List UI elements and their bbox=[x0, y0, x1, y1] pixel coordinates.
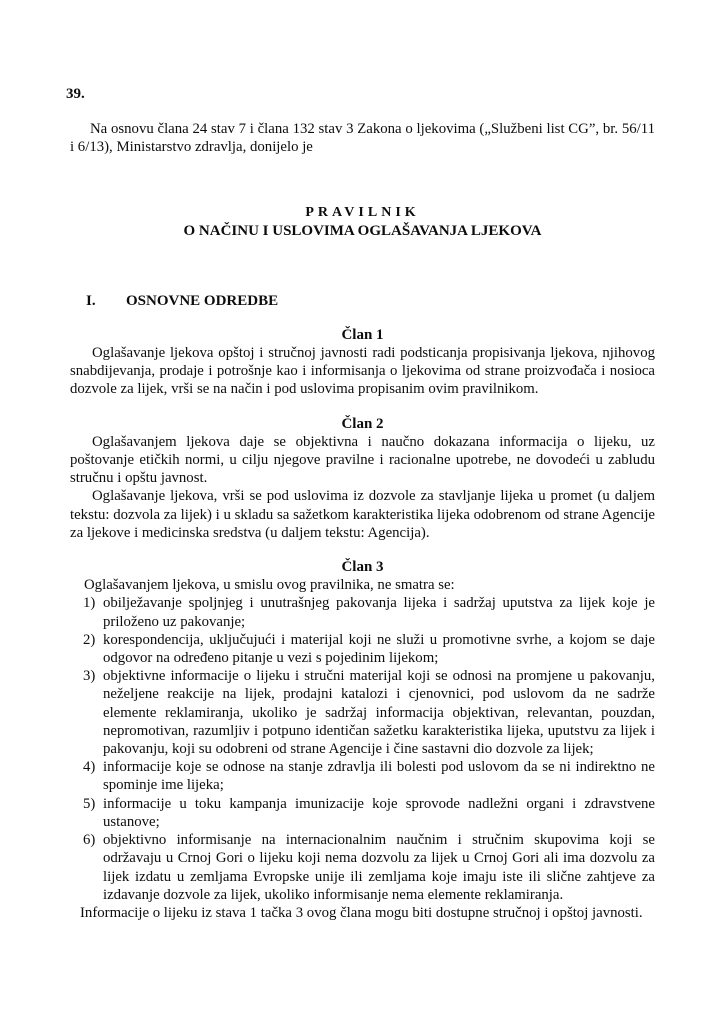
document-content: 39. Na osnovu člana 24 stav 7 i člana 13… bbox=[70, 85, 655, 922]
list-item-text: korespondencija, uključujući i materijal… bbox=[103, 631, 655, 667]
scanned-document-page: 39. Na osnovu člana 24 stav 7 i člana 13… bbox=[0, 0, 724, 1024]
list-item-2: 2) korespondencija, uključujući i materi… bbox=[70, 631, 655, 667]
list-marker: 5) bbox=[83, 795, 103, 831]
list-marker: 2) bbox=[83, 631, 103, 667]
list-item-text: obilježavanje spoljnjeg i unutrašnjeg pa… bbox=[103, 594, 655, 630]
list-item-3: 3) objektivne informacije o lijeku i str… bbox=[70, 667, 655, 758]
article-2: Član 2 Oglašavanjem ljekova daje se obje… bbox=[70, 415, 655, 542]
preamble-paragraph: Na osnovu člana 24 stav 7 i člana 132 st… bbox=[70, 120, 655, 156]
article-2-paragraph-2: Oglašavanje ljekova, vrši se pod uslovim… bbox=[70, 487, 655, 542]
article-3-lead: Oglašavanjem ljekova, u smislu ovog prav… bbox=[70, 576, 655, 594]
list-item-text: objektivno informisanje na internacional… bbox=[103, 831, 655, 904]
list-item-text: informacije koje se odnose na stanje zdr… bbox=[103, 758, 655, 794]
document-item-number: 39. bbox=[66, 85, 655, 103]
list-item-6: 6) objektivno informisanje na internacio… bbox=[70, 831, 655, 904]
list-marker: 6) bbox=[83, 831, 103, 904]
list-marker: 3) bbox=[83, 667, 103, 758]
section-heading: I. OSNOVNE ODREDBE bbox=[70, 292, 655, 310]
article-1: Član 1 Oglašavanje ljekova opštoj i stru… bbox=[70, 326, 655, 399]
document-title: PRAVILNIK bbox=[70, 205, 655, 221]
list-item-5: 5) informacije u toku kampanja imunizaci… bbox=[70, 795, 655, 831]
article-1-paragraph: Oglašavanje ljekova opštoj i stručnoj ja… bbox=[70, 344, 655, 399]
section-numeral: I. bbox=[86, 292, 126, 310]
article-3-closing: Informacije o lijeku iz stava 1 tačka 3 … bbox=[70, 904, 655, 922]
list-item-text: objektivne informacije o lijeku i stručn… bbox=[103, 667, 655, 758]
list-marker: 1) bbox=[83, 594, 103, 630]
document-subtitle: O NAČINU I USLOVIMA OGLAŠAVANJA LJEKOVA bbox=[70, 223, 655, 240]
list-item-text: informacije u toku kampanja imunizacije … bbox=[103, 795, 655, 831]
article-3: Član 3 Oglašavanjem ljekova, u smislu ov… bbox=[70, 558, 655, 922]
article-2-heading: Član 2 bbox=[70, 415, 655, 433]
article-1-heading: Član 1 bbox=[70, 326, 655, 344]
list-item-4: 4) informacije koje se odnose na stanje … bbox=[70, 758, 655, 794]
list-item-1: 1) obilježavanje spoljnjeg i unutrašnjeg… bbox=[70, 594, 655, 630]
title-block: PRAVILNIK O NAČINU I USLOVIMA OGLAŠAVANJ… bbox=[70, 205, 655, 240]
list-marker: 4) bbox=[83, 758, 103, 794]
article-2-paragraph-1: Oglašavanjem ljekova daje se objektivna … bbox=[70, 433, 655, 488]
section-title: OSNOVNE ODREDBE bbox=[126, 292, 278, 310]
article-3-heading: Član 3 bbox=[70, 558, 655, 576]
